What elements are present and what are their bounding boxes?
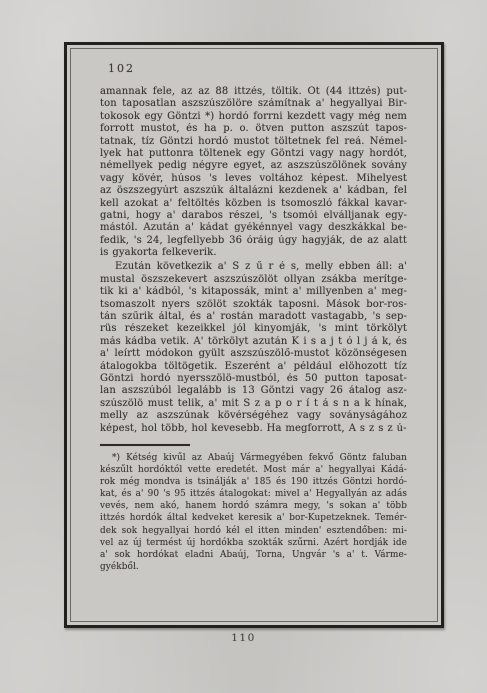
page-number: 102 <box>108 62 407 75</box>
footnote-text: *) Kétség kivűl az Abaúj Vármegyében fek… <box>100 452 407 573</box>
text-line: ton taposatlan aszszúszölöre számítnak a… <box>100 98 407 110</box>
body-text: amannak fele, az az 88 ittzés, töltik. Ö… <box>100 86 407 435</box>
text-line: *) Kétség kivűl az Abaúj Vármegyében fek… <box>100 452 407 464</box>
text-line: szúszölö must telik, a' mit S z a p o r … <box>100 398 407 410</box>
text-line: tokosok egy Göntzi *) hordó forrni kezde… <box>100 111 407 123</box>
text-line: a' sok hordókat eladni Abaúj, Torna, Ung… <box>100 549 407 561</box>
text-line: is gyakorta felkeverik. <box>100 247 407 259</box>
text-line: más kádba vetik. A' törkölyt azután K i … <box>100 336 407 348</box>
text-line: forrott mustot, és ha p. o. ötven putton… <box>100 123 407 135</box>
text-line: rok még mondva is tsinálják a' 185 és 19… <box>100 476 407 488</box>
text-line: gatni, hogy a' darabos részei, 's tsomói… <box>100 210 407 222</box>
text-line: a' leírtt módokon gyült aszszúszölő-must… <box>100 348 407 360</box>
footnote-rule <box>100 444 190 446</box>
text-line: ittzés hordók által kedveket keresik a' … <box>100 512 407 524</box>
page-border-inner: 102 amannak fele, az az 88 ittzés, tölti… <box>70 48 438 622</box>
text-line: kell azokat a' feltöltés közben is tsomo… <box>100 198 407 210</box>
text-line: rüs részeket kezeikkel jól kinyomják, 's… <box>100 323 407 335</box>
text-line: dek sok hegyallyai hordó kél el itten mi… <box>100 525 407 537</box>
text-line: tatnak, tíz Göntzi hordó mustot töltetne… <box>100 136 407 148</box>
text-line: kat, és a' 90 's 95 ittzés átalogokat: m… <box>100 488 407 500</box>
text-line: némellyek pedig négyre egyet, az aszszús… <box>100 160 407 172</box>
text-line: lan aszszúból legalább is 13 Göntzi vagy… <box>100 385 407 397</box>
page-content: 102 amannak fele, az az 88 ittzés, tölti… <box>71 49 437 621</box>
text-line: Göntzi hordó nyersszölö-mustból, és 50 p… <box>100 373 407 385</box>
paragraph-szures: Ezután következik a' S z ű r é s, melly … <box>100 261 407 434</box>
page-border-outer: 102 amannak fele, az az 88 ittzés, tölti… <box>64 42 444 628</box>
text-line: képest, hol több, hol kevesebb. Ha megfo… <box>100 423 407 435</box>
text-line: tik ki a' kádból, 's kitapossák, mint a'… <box>100 286 407 298</box>
paragraph-continuation: amannak fele, az az 88 ittzés, töltik. Ö… <box>100 86 407 259</box>
text-line: vagy kövér, húsos 's leves voltához képe… <box>100 173 407 185</box>
text-line: vel az új termést új hordókba szokták sz… <box>100 537 407 549</box>
text-line: Ezután következik a' S z ű r é s, melly … <box>100 261 407 273</box>
text-line: tán szűrik által, és a' rostán maradott … <box>100 311 407 323</box>
text-line: lyek hat puttonra töltenek egy Göntzi va… <box>100 148 407 160</box>
text-line: mustal öszszekevert aszszúszölöt ollyan … <box>100 274 407 286</box>
text-line: melly az aszszúnak kövérségéhez vagy sov… <box>100 410 407 422</box>
scan-sheet-number: 110 <box>0 632 487 644</box>
text-line: gyékből. <box>100 561 407 573</box>
text-line: tsomaszolt nyers szölöt szokták taposni.… <box>100 299 407 311</box>
text-line: mástól. Azután a' kádat gyékénnyel vagy … <box>100 222 407 234</box>
text-line: az öszszegyúrt aszszúk általázni kezdene… <box>100 185 407 197</box>
text-line: vevés, nem akó, hanem hordó számra megy,… <box>100 500 407 512</box>
text-line: fedik, 's 24, legfellyebb 36 óráig úgy h… <box>100 235 407 247</box>
text-line: átalogokba töltögetik. Eszerént a' példá… <box>100 361 407 373</box>
text-line: készűlt hordóktól vette eredetét. Most m… <box>100 464 407 476</box>
text-line: amannak fele, az az 88 ittzés, töltik. Ö… <box>100 86 407 98</box>
